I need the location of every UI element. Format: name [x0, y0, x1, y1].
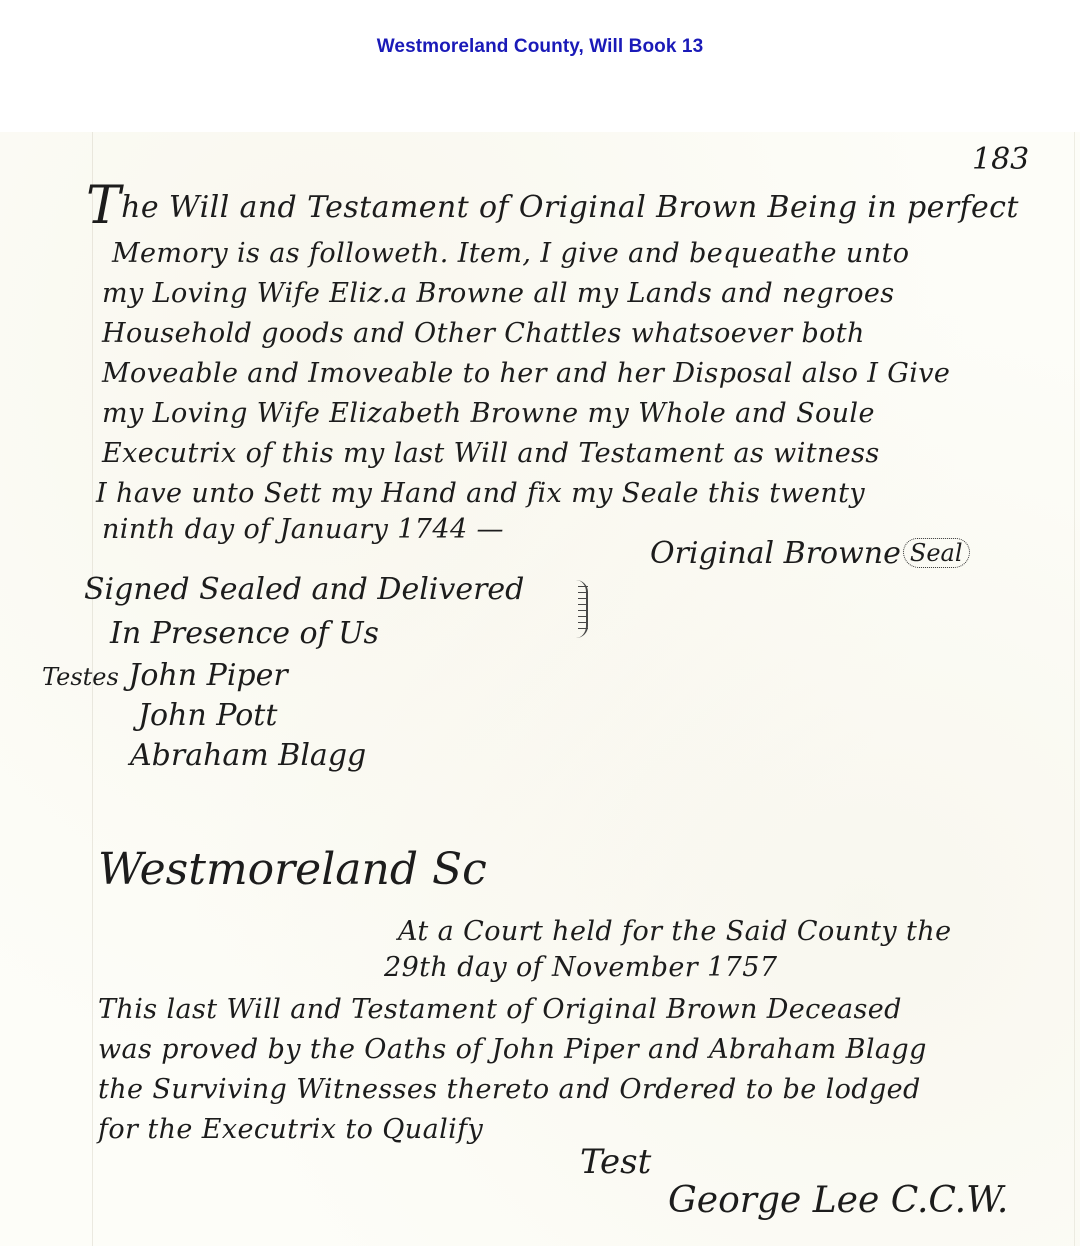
- will-line-6: my Loving Wife Elizabeth Browne my Whole…: [102, 398, 875, 429]
- seal-mark: Seal: [903, 538, 970, 568]
- probate-line-1: This last Will and Testament of Original…: [98, 994, 902, 1025]
- court-line-2: 29th day of November 1757: [384, 952, 777, 983]
- test-label: Test: [580, 1142, 651, 1182]
- court-line-1: At a Court held for the Said County the: [398, 916, 951, 947]
- will-line-5: Moveable and Imoveable to her and her Di…: [102, 358, 950, 389]
- will-line-4: Household goods and Other Chattles whats…: [102, 318, 865, 349]
- probate-line-3: the Surviving Witnesses thereto and Orde…: [98, 1074, 921, 1105]
- will-line-2: Memory is as followeth. Item, I give and…: [112, 238, 909, 269]
- document-title: Westmoreland County, Will Book 13: [0, 36, 1080, 58]
- witness-row-1: Testes John Piper: [42, 658, 288, 693]
- document-header: Westmoreland County, Will Book 13: [0, 0, 1080, 132]
- will-line-7: Executrix of this my last Will and Testa…: [102, 438, 880, 469]
- witness-row-2: John Pott: [138, 698, 277, 733]
- will-initial-letter: T: [86, 176, 121, 236]
- attestation-brace: [566, 580, 588, 638]
- will-line-3: my Loving Wife Eliz.a Browne all my Land…: [102, 278, 895, 309]
- probate-line-4: for the Executrix to Qualify: [98, 1114, 483, 1145]
- attestation-line-2: In Presence of Us: [110, 616, 379, 651]
- witness-name: John Piper: [128, 658, 287, 693]
- county-heading: Westmoreland Sc: [98, 844, 487, 895]
- will-line-8: I have unto Sett my Hand and fix my Seal…: [96, 478, 865, 509]
- page-number: 183: [972, 142, 1029, 177]
- right-margin-rule: [1074, 132, 1075, 1246]
- witness-row-3: Abraham Blagg: [130, 738, 366, 773]
- clerk-signature: George Lee C.C.W.: [668, 1180, 1008, 1221]
- attestation-line-1: Signed Sealed and Delivered: [84, 572, 524, 607]
- probate-line-2: was proved by the Oaths of John Piper an…: [98, 1034, 927, 1065]
- testes-label: Testes: [42, 663, 119, 691]
- testator-signature: Original BrowneSeal: [650, 536, 970, 571]
- will-line-9: ninth day of January 1744 —: [102, 514, 504, 545]
- will-line-1: The Will and Testament of Original Brown…: [86, 180, 1019, 232]
- scanned-will-page: 183 The Will and Testament of Original B…: [0, 132, 1080, 1246]
